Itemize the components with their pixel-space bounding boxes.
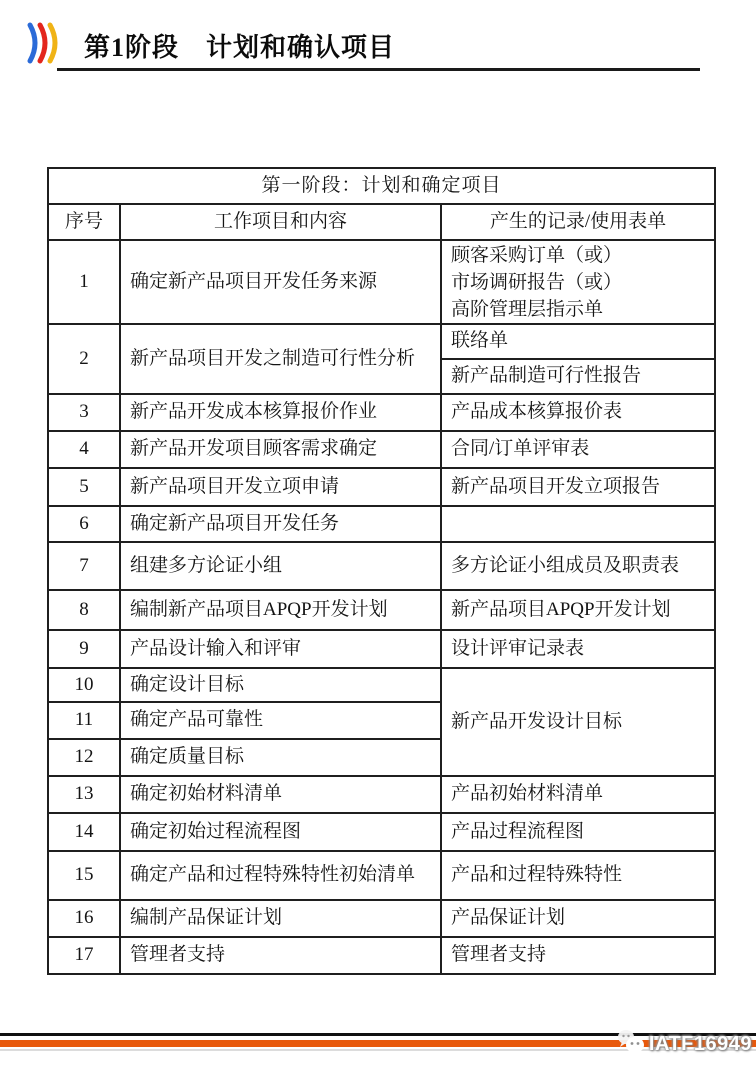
seq-cell: 5 [48, 468, 120, 506]
col-header-seq: 序号 [48, 204, 120, 240]
item-cell: 新产品项目开发之制造可行性分析 [120, 324, 441, 394]
col-header-record: 产生的记录/使用表单 [441, 204, 715, 240]
item-cell: 新产品项目开发立项申请 [120, 468, 441, 506]
table-row: 7 组建多方论证小组 多方论证小组成员及职责表 [48, 542, 715, 590]
seq-cell: 8 [48, 590, 120, 630]
page-title: 第1阶段 计划和确认项目 [84, 27, 395, 64]
table-row: 17 管理者支持 管理者支持 [48, 937, 715, 974]
seq-cell: 10 [48, 668, 120, 702]
item-cell: 确定初始过程流程图 [120, 813, 441, 851]
seq-cell: 2 [48, 324, 120, 394]
table-row: 6 确定新产品项目开发任务 [48, 506, 715, 542]
item-cell: 编制新产品项目APQP开发计划 [120, 590, 441, 630]
record-cell: 管理者支持 [441, 937, 715, 974]
title-underline [57, 68, 700, 71]
chevron-stroke-blue [30, 25, 35, 61]
record-cell: 产品保证计划 [441, 900, 715, 937]
item-cell: 新产品开发项目顾客需求确定 [120, 431, 441, 468]
triple-chevron-icon [27, 22, 61, 64]
record-line: 顾客采购订单（或） [451, 242, 705, 269]
record-cell: 新产品项目开发立项报告 [441, 468, 715, 506]
seq-cell: 15 [48, 851, 120, 900]
watermark: IATF16949 [616, 1026, 752, 1062]
slide-page: 第1阶段 计划和确认项目 第一阶段：计划和确定项目 序号 工作项目和内容 产生的… [0, 0, 756, 1070]
table-row: 4 新产品开发项目顾客需求确定 合同/订单评审表 [48, 431, 715, 468]
record-cell: 联络单 [441, 324, 715, 359]
record-cell: 新产品项目APQP开发计划 [441, 590, 715, 630]
seq-cell: 11 [48, 702, 120, 739]
wechat-logo-icon [616, 1026, 646, 1063]
table-row: 10 确定设计目标 新产品开发设计目标 [48, 668, 715, 702]
seq-cell: 4 [48, 431, 120, 468]
table-row: 9 产品设计输入和评审 设计评审记录表 [48, 630, 715, 668]
chevron-stroke-red [40, 25, 45, 61]
seq-cell: 3 [48, 394, 120, 431]
table-row: 13 确定初始材料清单 产品初始材料清单 [48, 776, 715, 813]
item-cell: 管理者支持 [120, 937, 441, 974]
item-cell: 确定产品可靠性 [120, 702, 441, 739]
table-header-row: 序号 工作项目和内容 产生的记录/使用表单 [48, 204, 715, 240]
item-cell: 产品设计输入和评审 [120, 630, 441, 668]
item-cell: 确定质量目标 [120, 739, 441, 776]
record-cell: 产品初始材料清单 [441, 776, 715, 813]
record-line: 高阶管理层指示单 [451, 296, 705, 323]
item-cell: 确定产品和过程特殊特性初始清单 [120, 851, 441, 900]
table-row: 3 新产品开发成本核算报价作业 产品成本核算报价表 [48, 394, 715, 431]
record-cell: 设计评审记录表 [441, 630, 715, 668]
table-row: 8 编制新产品项目APQP开发计划 新产品项目APQP开发计划 [48, 590, 715, 630]
col-header-item: 工作项目和内容 [120, 204, 441, 240]
record-cell: 产品过程流程图 [441, 813, 715, 851]
record-cell: 产品和过程特殊特性 [441, 851, 715, 900]
record-cell: 合同/订单评审表 [441, 431, 715, 468]
table-row: 15 确定产品和过程特殊特性初始清单 产品和过程特殊特性 [48, 851, 715, 900]
seq-cell: 12 [48, 739, 120, 776]
item-cell: 确定新产品项目开发任务 [120, 506, 441, 542]
item-cell: 确定设计目标 [120, 668, 441, 702]
item-cell: 新产品开发成本核算报价作业 [120, 394, 441, 431]
seq-cell: 6 [48, 506, 120, 542]
seq-cell: 9 [48, 630, 120, 668]
record-cell: 新产品制造可行性报告 [441, 359, 715, 394]
watermark-text: IATF16949 [649, 1033, 752, 1056]
item-cell: 确定新产品项目开发任务来源 [120, 240, 441, 324]
phase1-table: 第一阶段：计划和确定项目 序号 工作项目和内容 产生的记录/使用表单 1 确定新… [47, 167, 716, 975]
record-cell-merged: 新产品开发设计目标 [441, 668, 715, 776]
table-caption: 第一阶段：计划和确定项目 [48, 168, 715, 204]
table-row: 5 新产品项目开发立项申请 新产品项目开发立项报告 [48, 468, 715, 506]
item-cell: 编制产品保证计划 [120, 900, 441, 937]
seq-cell: 16 [48, 900, 120, 937]
item-cell: 组建多方论证小组 [120, 542, 441, 590]
record-line: 市场调研报告（或） [451, 269, 705, 296]
table-row: 16 编制产品保证计划 产品保证计划 [48, 900, 715, 937]
record-cell: 产品成本核算报价表 [441, 394, 715, 431]
chevron-stroke-yellow [50, 25, 55, 61]
table-row: 1 确定新产品项目开发任务来源 顾客采购订单（或） 市场调研报告（或） 高阶管理… [48, 240, 715, 324]
record-cell: 顾客采购订单（或） 市场调研报告（或） 高阶管理层指示单 [441, 240, 715, 324]
seq-cell: 14 [48, 813, 120, 851]
seq-cell: 7 [48, 542, 120, 590]
item-cell: 确定初始材料清单 [120, 776, 441, 813]
record-cell-empty [441, 506, 715, 542]
seq-cell: 17 [48, 937, 120, 974]
seq-cell: 13 [48, 776, 120, 813]
table-row: 14 确定初始过程流程图 产品过程流程图 [48, 813, 715, 851]
record-cell: 多方论证小组成员及职责表 [441, 542, 715, 590]
table-caption-row: 第一阶段：计划和确定项目 [48, 168, 715, 204]
table-row: 2 新产品项目开发之制造可行性分析 联络单 [48, 324, 715, 359]
seq-cell: 1 [48, 240, 120, 324]
